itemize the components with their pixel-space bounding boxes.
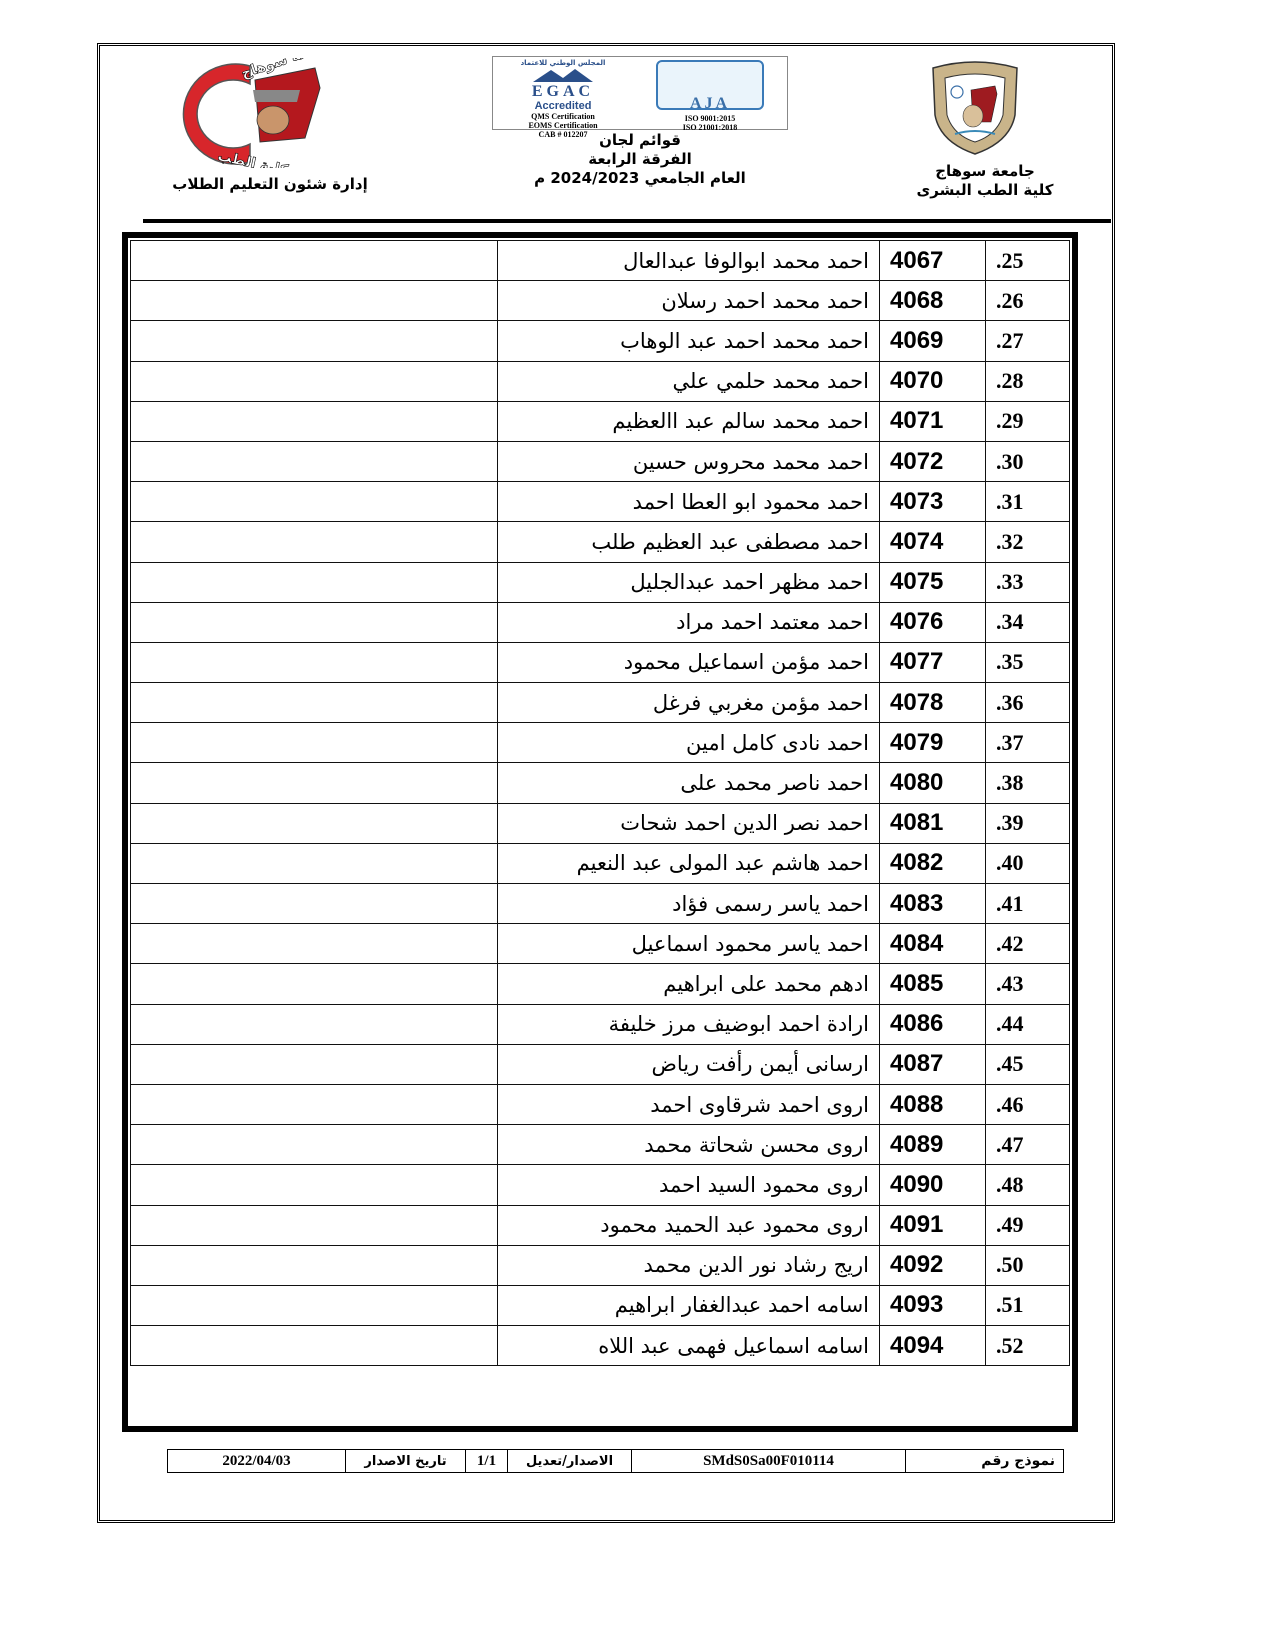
serial-cell: .25: [986, 241, 1070, 281]
notes-cell: [131, 441, 498, 481]
student-name-cell: احمد نصر الدين احمد شحات: [498, 803, 880, 843]
serial-cell: .31: [986, 482, 1070, 522]
student-code-cell: 4091: [880, 1205, 986, 1245]
table-row: .474089اروى محسن شحاتة محمد: [131, 1125, 1070, 1165]
student-name-cell: اسامه اسماعيل فهمى عبد اللاه: [498, 1326, 880, 1366]
serial-cell: .29: [986, 401, 1070, 441]
aja-line-1: ISO 9001:2015: [633, 114, 787, 123]
student-name-cell: احمد محمد حلمي علي: [498, 361, 880, 401]
table-row: .344076احمد معتمد احمد مراد: [131, 602, 1070, 642]
student-code-cell: 4069: [880, 321, 986, 361]
serial-cell: .45: [986, 1044, 1070, 1084]
notes-cell: [131, 924, 498, 964]
student-code-cell: 4087: [880, 1044, 986, 1084]
university-label: جامعة سوهاج كلية الطب البشرى: [905, 162, 1065, 200]
header-divider: [143, 219, 1111, 223]
title-line-3: العام الجامعي 2024/2023 م: [470, 169, 810, 188]
serial-cell: .40: [986, 843, 1070, 883]
faculty-name: كلية الطب البشرى: [905, 181, 1065, 200]
serial-cell: .52: [986, 1326, 1070, 1366]
globe-icon: AJA: [656, 60, 764, 110]
notes-cell: [131, 482, 498, 522]
student-name-cell: اروى احمد شرقاوى احمد: [498, 1084, 880, 1124]
student-code-cell: 4072: [880, 441, 986, 481]
notes-cell: [131, 522, 498, 562]
certification-logos: المجلس الوطني للاعتماد EGAC Accredited Q…: [492, 56, 788, 130]
student-name-cell: اسامه احمد عبدالغفار ابراهيم: [498, 1285, 880, 1325]
student-code-cell: 4070: [880, 361, 986, 401]
student-code-cell: 4086: [880, 1004, 986, 1044]
notes-cell: [131, 1205, 498, 1245]
student-name-cell: ارادة احمد ابوضيف مرز خليفة: [498, 1004, 880, 1044]
serial-cell: .41: [986, 884, 1070, 924]
notes-cell: [131, 964, 498, 1004]
student-code-cell: 4081: [880, 803, 986, 843]
table-row: .354077احمد مؤمن اسماعيل محمود: [131, 642, 1070, 682]
title-line-2: الفرقة الرابعة: [470, 150, 810, 169]
student-code-cell: 4079: [880, 723, 986, 763]
table-row: .444086ارادة احمد ابوضيف مرز خليفة: [131, 1004, 1070, 1044]
serial-cell: .28: [986, 361, 1070, 401]
table-row: .394081احمد نصر الدين احمد شحات: [131, 803, 1070, 843]
aja-word: AJA: [690, 99, 730, 108]
student-code-cell: 4089: [880, 1125, 986, 1165]
table-row: .274069احمد محمد احمد عبد الوهاب: [131, 321, 1070, 361]
form-number: SMdS0Sa00F010114: [631, 1450, 905, 1472]
notes-cell: [131, 401, 498, 441]
student-name-cell: احمد محمد محروس حسين: [498, 441, 880, 481]
egac-line-1: QMS Certification: [493, 112, 633, 121]
student-code-cell: 4067: [880, 241, 986, 281]
student-name-cell: احمد مؤمن مغربي فرغل: [498, 683, 880, 723]
notes-cell: [131, 1245, 498, 1285]
title-line-1: قوائم لجان: [470, 131, 810, 150]
student-name-cell: احمد هاشم عبد المولى عبد النعيم: [498, 843, 880, 883]
student-code-cell: 4075: [880, 562, 986, 602]
student-code-cell: 4082: [880, 843, 986, 883]
student-name-cell: احمد مظهر احمد عبدالجليل: [498, 562, 880, 602]
table-row: .524094اسامه اسماعيل فهمى عبد اللاه: [131, 1326, 1070, 1366]
table-row: .384080احمد ناصر محمد على: [131, 763, 1070, 803]
table-row: .294071احمد محمد سالم عبد االعظيم: [131, 401, 1070, 441]
serial-cell: .27: [986, 321, 1070, 361]
table-row: .514093اسامه احمد عبدالغفار ابراهيم: [131, 1285, 1070, 1325]
notes-cell: [131, 1165, 498, 1205]
student-name-cell: احمد ياسر رسمى فؤاد: [498, 884, 880, 924]
notes-cell: [131, 803, 498, 843]
aja-badge: AJA ISO 9001:2015 ISO 21001:2018: [633, 57, 787, 129]
table-row: .484090اروى محمود السيد احمد: [131, 1165, 1070, 1205]
serial-cell: .36: [986, 683, 1070, 723]
table-row: .314073احمد محمود ابو العطا احمد: [131, 482, 1070, 522]
notes-cell: [131, 1285, 498, 1325]
faculty-medicine-logo-icon: جامعة سوهاج كلية الطب: [155, 58, 335, 168]
revision-label: الاصدار/تعديل: [507, 1450, 631, 1472]
serial-cell: .38: [986, 763, 1070, 803]
serial-cell: .48: [986, 1165, 1070, 1205]
serial-cell: .32: [986, 522, 1070, 562]
serial-cell: .26: [986, 281, 1070, 321]
table-row: .284070احمد محمد حلمي علي: [131, 361, 1070, 401]
serial-cell: .43: [986, 964, 1070, 1004]
serial-cell: .37: [986, 723, 1070, 763]
notes-cell: [131, 683, 498, 723]
student-name-cell: اريج رشاد نور الدين محمد: [498, 1245, 880, 1285]
student-name-cell: اروى محمود عبد الحميد محمود: [498, 1205, 880, 1245]
egac-arabic-caption: المجلس الوطني للاعتماد: [493, 59, 633, 68]
student-name-cell: اروى محمود السيد احمد: [498, 1165, 880, 1205]
student-name-cell: احمد مؤمن اسماعيل محمود: [498, 642, 880, 682]
department-label: إدارة شئون التعليم الطلاب: [150, 175, 390, 193]
egac-word: EGAC: [493, 84, 633, 100]
roster-table: .254067احمد محمد ابوالوفا عبدالعال.26406…: [130, 240, 1070, 1366]
egac-line-2: EOMS Certification: [493, 121, 633, 130]
notes-cell: [131, 1125, 498, 1165]
student-name-cell: احمد ياسر محمود اسماعيل: [498, 924, 880, 964]
student-code-cell: 4090: [880, 1165, 986, 1205]
serial-cell: .42: [986, 924, 1070, 964]
table-row: .254067احمد محمد ابوالوفا عبدالعال: [131, 241, 1070, 281]
notes-cell: [131, 763, 498, 803]
student-name-cell: احمد محمد احمد رسلان: [498, 281, 880, 321]
student-code-cell: 4092: [880, 1245, 986, 1285]
table-row: .374079احمد نادى كامل امين: [131, 723, 1070, 763]
form-footer: نموذج رقم SMdS0Sa00F010114 الاصدار/تعديل…: [167, 1449, 1064, 1473]
student-code-cell: 4094: [880, 1326, 986, 1366]
table-row: .324074احمد مصطفى عبد العظيم طلب: [131, 522, 1070, 562]
table-row: .504092اريج رشاد نور الدين محمد: [131, 1245, 1070, 1285]
issue-date: 2022/04/03: [168, 1450, 345, 1472]
serial-cell: .47: [986, 1125, 1070, 1165]
student-code-cell: 4074: [880, 522, 986, 562]
form-label: نموذج رقم: [905, 1450, 1063, 1472]
serial-cell: .44: [986, 1004, 1070, 1044]
student-name-cell: احمد محمد احمد عبد الوهاب: [498, 321, 880, 361]
table-row: .414083احمد ياسر رسمى فؤاد: [131, 884, 1070, 924]
serial-cell: .39: [986, 803, 1070, 843]
table-row: .334075احمد مظهر احمد عبدالجليل: [131, 562, 1070, 602]
logo-bottom-text: كلية الطب: [216, 148, 290, 168]
university-name: جامعة سوهاج: [905, 162, 1065, 181]
table-row: .404082احمد هاشم عبد المولى عبد النعيم: [131, 843, 1070, 883]
student-code-cell: 4084: [880, 924, 986, 964]
serial-cell: .34: [986, 602, 1070, 642]
student-name-cell: احمد ناصر محمد على: [498, 763, 880, 803]
student-name-cell: احمد معتمد احمد مراد: [498, 602, 880, 642]
revision-value: 1/1: [465, 1450, 507, 1472]
issue-date-label: تاريخ الاصدار: [345, 1450, 465, 1472]
table-row: .304072احمد محمد محروس حسين: [131, 441, 1070, 481]
student-code-cell: 4093: [880, 1285, 986, 1325]
notes-cell: [131, 602, 498, 642]
sohag-university-shield-icon: [925, 60, 1025, 156]
notes-cell: [131, 562, 498, 602]
student-code-cell: 4071: [880, 401, 986, 441]
student-name-cell: ادهم محمد على ابراهيم: [498, 964, 880, 1004]
student-name-cell: احمد مصطفى عبد العظيم طلب: [498, 522, 880, 562]
table-row: .434085ادهم محمد على ابراهيم: [131, 964, 1070, 1004]
notes-cell: [131, 1044, 498, 1084]
serial-cell: .30: [986, 441, 1070, 481]
student-code-cell: 4080: [880, 763, 986, 803]
serial-cell: .35: [986, 642, 1070, 682]
serial-cell: .51: [986, 1285, 1070, 1325]
table-row: .424084احمد ياسر محمود اسماعيل: [131, 924, 1070, 964]
notes-cell: [131, 884, 498, 924]
notes-cell: [131, 642, 498, 682]
student-code-cell: 4068: [880, 281, 986, 321]
notes-cell: [131, 321, 498, 361]
serial-cell: .46: [986, 1084, 1070, 1124]
notes-cell: [131, 361, 498, 401]
table-row: .494091اروى محمود عبد الحميد محمود: [131, 1205, 1070, 1245]
document-title: قوائم لجان الفرقة الرابعة العام الجامعي …: [470, 131, 810, 188]
egac-badge: المجلس الوطني للاعتماد EGAC Accredited Q…: [493, 57, 633, 129]
student-name-cell: اروى محسن شحاتة محمد: [498, 1125, 880, 1165]
notes-cell: [131, 1004, 498, 1044]
student-code-cell: 4073: [880, 482, 986, 522]
student-name-cell: احمد محمد ابوالوفا عبدالعال: [498, 241, 880, 281]
student-code-cell: 4083: [880, 884, 986, 924]
serial-cell: .49: [986, 1205, 1070, 1245]
table-row: .454087ارسانى أيمن رأفت رياض: [131, 1044, 1070, 1084]
student-name-cell: احمد محمود ابو العطا احمد: [498, 482, 880, 522]
table-row: .264068احمد محمد احمد رسلان: [131, 281, 1070, 321]
table-row: .364078احمد مؤمن مغربي فرغل: [131, 683, 1070, 723]
notes-cell: [131, 723, 498, 763]
student-name-cell: احمد نادى كامل امين: [498, 723, 880, 763]
student-code-cell: 4078: [880, 683, 986, 723]
roster-table-frame: .254067احمد محمد ابوالوفا عبدالعال.26406…: [122, 232, 1078, 1432]
serial-cell: .33: [986, 562, 1070, 602]
mountain-icon: [533, 68, 593, 82]
notes-cell: [131, 241, 498, 281]
serial-cell: .50: [986, 1245, 1070, 1285]
student-name-cell: احمد محمد سالم عبد االعظيم: [498, 401, 880, 441]
table-row: .464088اروى احمد شرقاوى احمد: [131, 1084, 1070, 1124]
student-code-cell: 4088: [880, 1084, 986, 1124]
student-code-cell: 4076: [880, 602, 986, 642]
notes-cell: [131, 1084, 498, 1124]
egac-accredited: Accredited: [493, 100, 633, 112]
notes-cell: [131, 843, 498, 883]
notes-cell: [131, 1326, 498, 1366]
student-code-cell: 4085: [880, 964, 986, 1004]
student-name-cell: ارسانى أيمن رأفت رياض: [498, 1044, 880, 1084]
notes-cell: [131, 281, 498, 321]
student-code-cell: 4077: [880, 642, 986, 682]
